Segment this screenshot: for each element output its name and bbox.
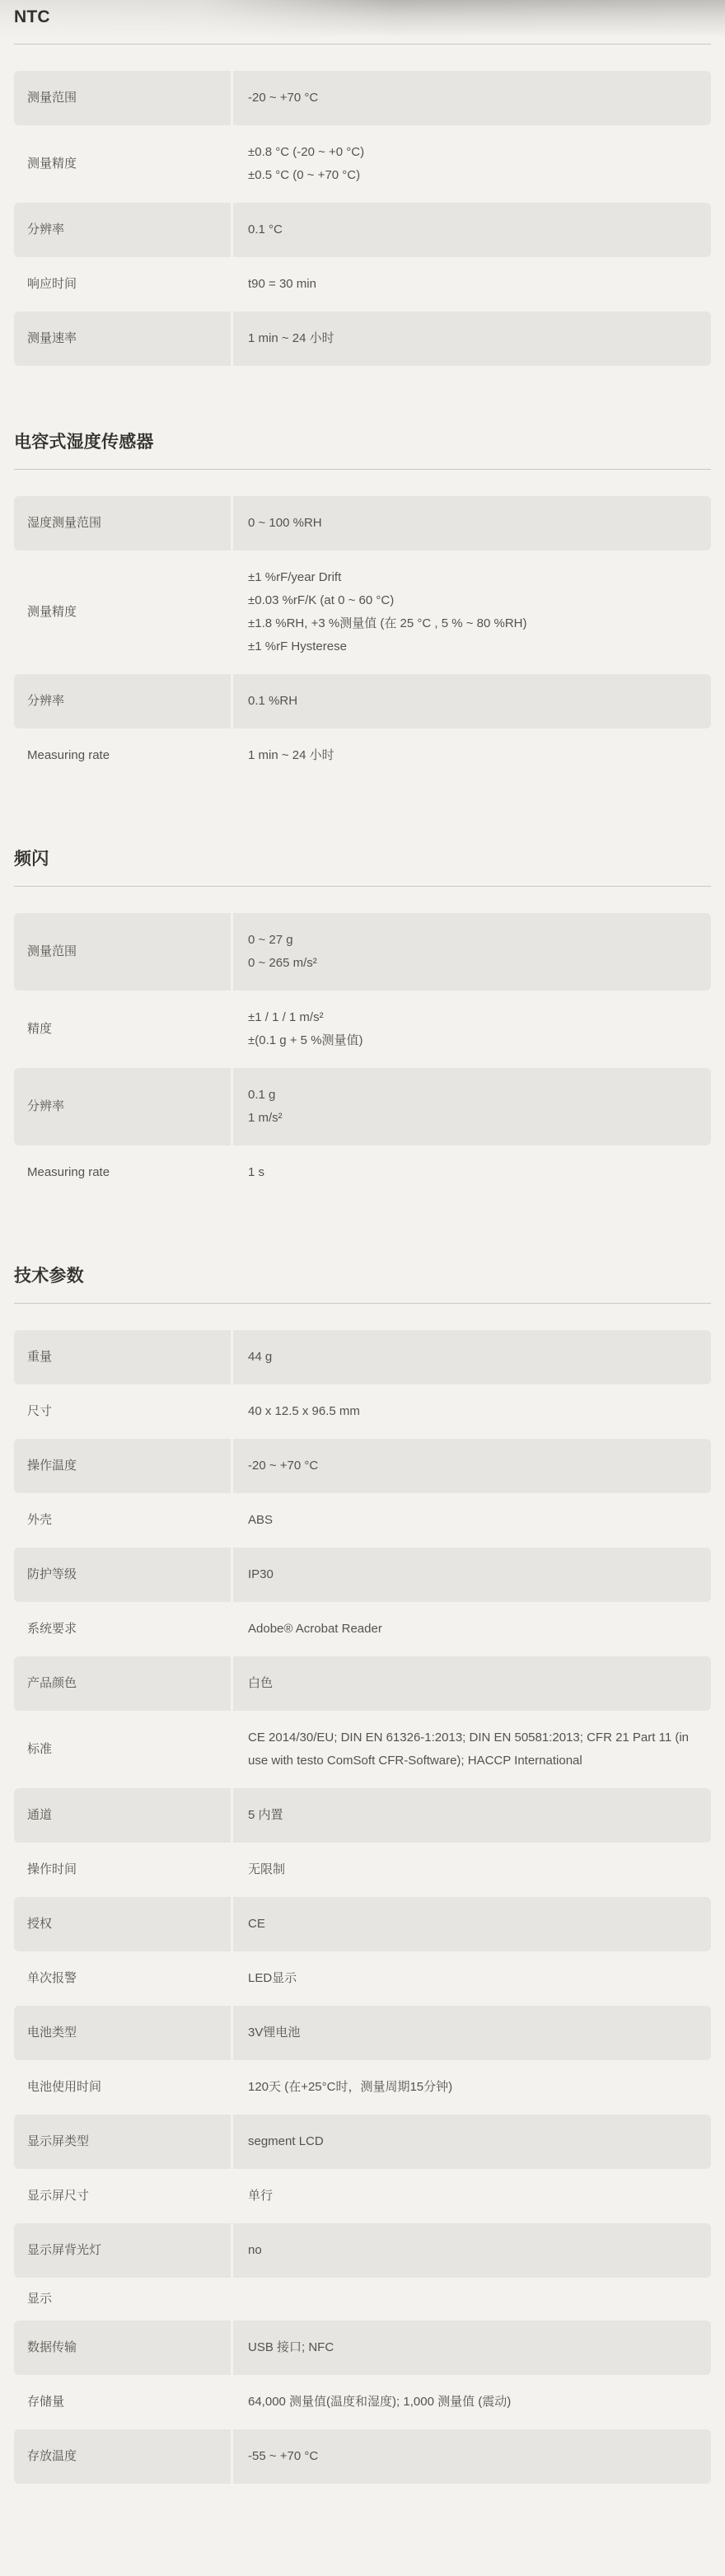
spec-label: 测量范围 (14, 913, 231, 991)
spec-value: ±1 / 1 / 1 m/s² ±(0.1 g + 5 %测量值) (233, 991, 711, 1068)
spec-label: 尺寸 (14, 1384, 231, 1439)
spec-label: 产品颜色 (14, 1656, 231, 1711)
spec-value: 44 g (233, 1330, 711, 1384)
spec-row: 显示 (14, 2278, 711, 2321)
spec-row: 测量精度±0.8 °C (-20 ~ +0 °C) ±0.5 °C (0 ~ +… (14, 125, 711, 203)
spec-label: 显示 (14, 2278, 231, 2321)
spec-value: ±1 %rF/year Drift ±0.03 %rF/K (at 0 ~ 60… (233, 550, 711, 674)
spec-value: -55 ~ +70 °C (233, 2429, 711, 2484)
spec-value: 白色 (233, 1656, 711, 1711)
spec-row: 数据传输USB 接口; NFC (14, 2321, 711, 2375)
spec-value: 0.1 °C (233, 203, 711, 257)
spec-value: 0.1 %RH (233, 674, 711, 728)
spec-table: 湿度测量范围0 ~ 100 %RH测量精度±1 %rF/year Drift ±… (14, 496, 711, 783)
spec-value: 120天 (在+25°C时，测量周期15分钟) (233, 2060, 711, 2115)
spec-value: 3V锂电池 (233, 2006, 711, 2060)
spec-label: 分辨率 (14, 203, 231, 257)
spec-value: -20 ~ +70 °C (233, 71, 711, 125)
spec-table: 测量范围-20 ~ +70 °C测量精度±0.8 °C (-20 ~ +0 °C… (14, 71, 711, 366)
spec-label: 单次报警 (14, 1951, 231, 2006)
spec-row: 分辨率0.1 °C (14, 203, 711, 257)
spec-label: 精度 (14, 991, 231, 1068)
spec-section: 技术参数重量44 g尺寸40 x 12.5 x 96.5 mm操作温度-20 ~… (14, 1266, 711, 2484)
spec-value: no (233, 2223, 711, 2278)
spec-row: 存放温度-55 ~ +70 °C (14, 2429, 711, 2484)
spec-value: USB 接口; NFC (233, 2321, 711, 2375)
spec-label: 测量速率 (14, 311, 231, 366)
spec-value: Adobe® Acrobat Reader (233, 1602, 711, 1656)
spec-row: 授权CE (14, 1897, 711, 1951)
spec-label: 存放温度 (14, 2429, 231, 2484)
spec-row: 系统要求Adobe® Acrobat Reader (14, 1602, 711, 1656)
spec-row: Measuring rate1 min ~ 24 小时 (14, 728, 711, 783)
spec-row: 湿度测量范围0 ~ 100 %RH (14, 496, 711, 550)
spec-value: ABS (233, 1493, 711, 1548)
spec-row: 分辨率0.1 g 1 m/s² (14, 1068, 711, 1145)
spec-row: 测量精度±1 %rF/year Drift ±0.03 %rF/K (at 0 … (14, 550, 711, 674)
section-title: 电容式湿度传感器 (14, 432, 711, 452)
section-title: 技术参数 (14, 1266, 711, 1286)
spec-row: 存储量64,000 测量值(温度和湿度); 1,000 测量值 (震动) (14, 2375, 711, 2429)
spec-row: 显示屏背光灯no (14, 2223, 711, 2278)
spec-row: 测量范围0 ~ 27 g 0 ~ 265 m/s² (14, 913, 711, 991)
spec-value: 5 内置 (233, 1788, 711, 1843)
section-divider (14, 886, 711, 887)
spec-label: 分辨率 (14, 674, 231, 728)
spec-row: Measuring rate1 s (14, 1145, 711, 1200)
spec-label: 分辨率 (14, 1068, 231, 1145)
spec-value: 1 min ~ 24 小时 (233, 311, 711, 366)
spec-label: 显示屏尺寸 (14, 2169, 231, 2223)
spec-value: IP30 (233, 1548, 711, 1602)
spec-row: 标准CE 2014/30/EU; DIN EN 61326-1:2013; DI… (14, 1711, 711, 1788)
spec-row: 尺寸40 x 12.5 x 96.5 mm (14, 1384, 711, 1439)
spec-row: 操作温度-20 ~ +70 °C (14, 1439, 711, 1493)
spec-row: 测量范围-20 ~ +70 °C (14, 71, 711, 125)
spec-value (233, 2278, 711, 2321)
spec-value: t90 = 30 min (233, 257, 711, 311)
spec-value: 0 ~ 27 g 0 ~ 265 m/s² (233, 913, 711, 991)
spec-row: 精度±1 / 1 / 1 m/s² ±(0.1 g + 5 %测量值) (14, 991, 711, 1068)
spec-row: 电池使用时间120天 (在+25°C时，测量周期15分钟) (14, 2060, 711, 2115)
spec-table: 测量范围0 ~ 27 g 0 ~ 265 m/s²精度±1 / 1 / 1 m/… (14, 913, 711, 1200)
spec-value: 1 s (233, 1145, 711, 1200)
spec-value: CE 2014/30/EU; DIN EN 61326-1:2013; DIN … (233, 1711, 711, 1788)
spec-label: 测量精度 (14, 550, 231, 674)
spec-label: 数据传输 (14, 2321, 231, 2375)
spec-label: 系统要求 (14, 1602, 231, 1656)
spec-section: NTC测量范围-20 ~ +70 °C测量精度±0.8 °C (-20 ~ +0… (14, 7, 711, 366)
spec-sections: NTC测量范围-20 ~ +70 °C测量精度±0.8 °C (-20 ~ +0… (14, 7, 711, 2484)
spec-label: 测量精度 (14, 125, 231, 203)
spec-row: 通道5 内置 (14, 1788, 711, 1843)
spec-label: Measuring rate (14, 1145, 231, 1200)
spec-value: 0 ~ 100 %RH (233, 496, 711, 550)
spec-row: 重量44 g (14, 1330, 711, 1384)
spec-label: 重量 (14, 1330, 231, 1384)
spec-label: 外壳 (14, 1493, 231, 1548)
spec-label: 标准 (14, 1711, 231, 1788)
spec-label: 测量范围 (14, 71, 231, 125)
spec-value: 1 min ~ 24 小时 (233, 728, 711, 783)
spec-page: NTC测量范围-20 ~ +70 °C测量精度±0.8 °C (-20 ~ +0… (0, 0, 725, 2484)
spec-row: 防护等级IP30 (14, 1548, 711, 1602)
spec-row: 外壳ABS (14, 1493, 711, 1548)
spec-label: 通道 (14, 1788, 231, 1843)
section-title: 频闪 (14, 849, 711, 869)
spec-row: 电池类型3V锂电池 (14, 2006, 711, 2060)
spec-value: -20 ~ +70 °C (233, 1439, 711, 1493)
spec-row: 测量速率1 min ~ 24 小时 (14, 311, 711, 366)
spec-value: 40 x 12.5 x 96.5 mm (233, 1384, 711, 1439)
spec-row: 响应时间t90 = 30 min (14, 257, 711, 311)
section-title: NTC (14, 7, 711, 27)
spec-row: 分辨率0.1 %RH (14, 674, 711, 728)
spec-row: 显示屏尺寸单行 (14, 2169, 711, 2223)
spec-row: 单次报警LED显示 (14, 1951, 711, 2006)
spec-value: LED显示 (233, 1951, 711, 2006)
spec-label: 防护等级 (14, 1548, 231, 1602)
spec-label: 授权 (14, 1897, 231, 1951)
section-divider (14, 1303, 711, 1304)
spec-label: 操作时间 (14, 1843, 231, 1897)
spec-value: 无限制 (233, 1843, 711, 1897)
spec-row: 产品颜色白色 (14, 1656, 711, 1711)
spec-row: 操作时间无限制 (14, 1843, 711, 1897)
spec-value: 单行 (233, 2169, 711, 2223)
spec-label: 显示屏背光灯 (14, 2223, 231, 2278)
spec-value: 0.1 g 1 m/s² (233, 1068, 711, 1145)
spec-label: 电池使用时间 (14, 2060, 231, 2115)
spec-value: segment LCD (233, 2115, 711, 2169)
spec-value: ±0.8 °C (-20 ~ +0 °C) ±0.5 °C (0 ~ +70 °… (233, 125, 711, 203)
spec-label: 响应时间 (14, 257, 231, 311)
spec-label: 湿度测量范围 (14, 496, 231, 550)
spec-label: Measuring rate (14, 728, 231, 783)
spec-label: 电池类型 (14, 2006, 231, 2060)
spec-row: 显示屏类型segment LCD (14, 2115, 711, 2169)
spec-section: 频闪测量范围0 ~ 27 g 0 ~ 265 m/s²精度±1 / 1 / 1 … (14, 849, 711, 1200)
spec-label: 操作温度 (14, 1439, 231, 1493)
spec-section: 电容式湿度传感器湿度测量范围0 ~ 100 %RH测量精度±1 %rF/year… (14, 432, 711, 783)
spec-label: 显示屏类型 (14, 2115, 231, 2169)
spec-value: CE (233, 1897, 711, 1951)
spec-table: 重量44 g尺寸40 x 12.5 x 96.5 mm操作温度-20 ~ +70… (14, 1330, 711, 2484)
section-divider (14, 44, 711, 44)
section-divider (14, 469, 711, 470)
spec-value: 64,000 测量值(温度和湿度); 1,000 测量值 (震动) (233, 2375, 711, 2429)
spec-label: 存储量 (14, 2375, 231, 2429)
